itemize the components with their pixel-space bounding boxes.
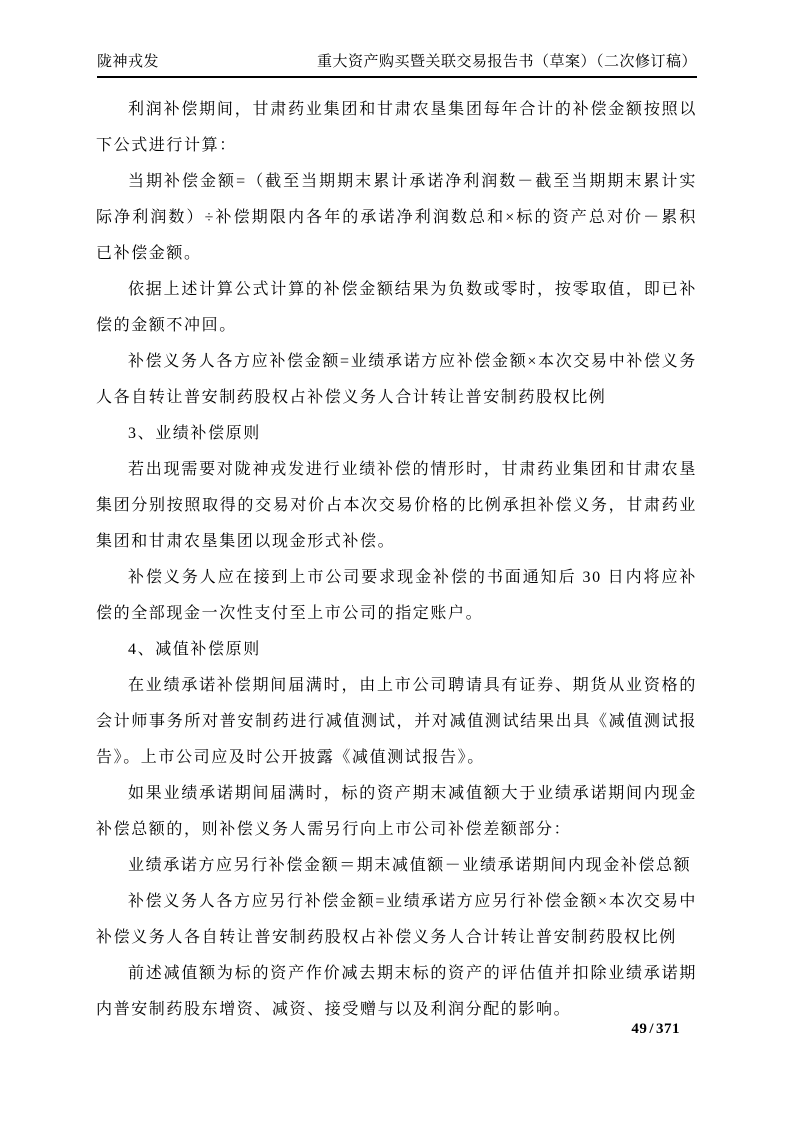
paragraph: 依据上述计算公式计算的补偿金额结果为负数或零时，按零取值，即已补偿的金额不冲回。 — [96, 272, 697, 344]
header-company-name: 陇神戎发 — [97, 52, 159, 72]
paragraph: 补偿义务人应在接到上市公司要求现金补偿的书面通知后 30 日内将应补偿的全部现金… — [96, 560, 697, 632]
section-heading-impairment-compensation: 4、减值补偿原则 — [96, 632, 697, 668]
paragraph: 若出现需要对陇神戎发进行业绩补偿的情形时，甘肃药业集团和甘肃农垦集团分别按照取得… — [96, 452, 697, 560]
document-page: 陇神戎发 重大资产购买暨关联交易报告书（草案）（二次修订稿） 利润补偿期间，甘肃… — [0, 0, 793, 1122]
formula-paragraph: 业绩承诺方应另行补偿金额＝期末减值额－业绩承诺期间内现金补偿总额 — [96, 848, 697, 884]
section-heading-performance-compensation: 3、业绩补偿原则 — [96, 416, 697, 452]
formula-paragraph: 当期补偿金额=（截至当期期末累计承诺净利润数－截至当期期末累计实际净利润数）÷补… — [96, 164, 697, 272]
formula-paragraph: 补偿义务人各方应补偿金额=业绩承诺方应补偿金额×本次交易中补偿义务人各自转让普安… — [96, 344, 697, 416]
paragraph: 前述减值额为标的资产作价减去期末标的资产的评估值并扣除业绩承诺期内普安制药股东增… — [96, 956, 697, 1028]
header-report-title: 重大资产购买暨关联交易报告书（草案）（二次修订稿） — [317, 52, 697, 72]
document-body: 利润补偿期间，甘肃药业集团和甘肃农垦集团每年合计的补偿金额按照以下公式进行计算：… — [96, 92, 697, 1028]
paragraph: 如果业绩承诺期间届满时，标的资产期末减值额大于业绩承诺期间内现金补偿总额的，则补… — [96, 776, 697, 848]
paragraph: 利润补偿期间，甘肃药业集团和甘肃农垦集团每年合计的补偿金额按照以下公式进行计算： — [96, 92, 697, 164]
page-number: 49/371 — [631, 1021, 680, 1038]
current-page-number: 49 — [631, 1021, 647, 1037]
paragraph: 在业绩承诺补偿期间届满时，由上市公司聘请具有证券、期货从业资格的会计师事务所对普… — [96, 668, 697, 776]
formula-paragraph: 补偿义务人各方应另行补偿金额=业绩承诺方应另行补偿金额×本次交易中补偿义务人各自… — [96, 884, 697, 956]
page-number-separator: / — [647, 1021, 656, 1037]
page-header: 陇神戎发 重大资产购买暨关联交易报告书（草案）（二次修订稿） — [97, 52, 697, 78]
total-page-count: 371 — [656, 1021, 680, 1037]
